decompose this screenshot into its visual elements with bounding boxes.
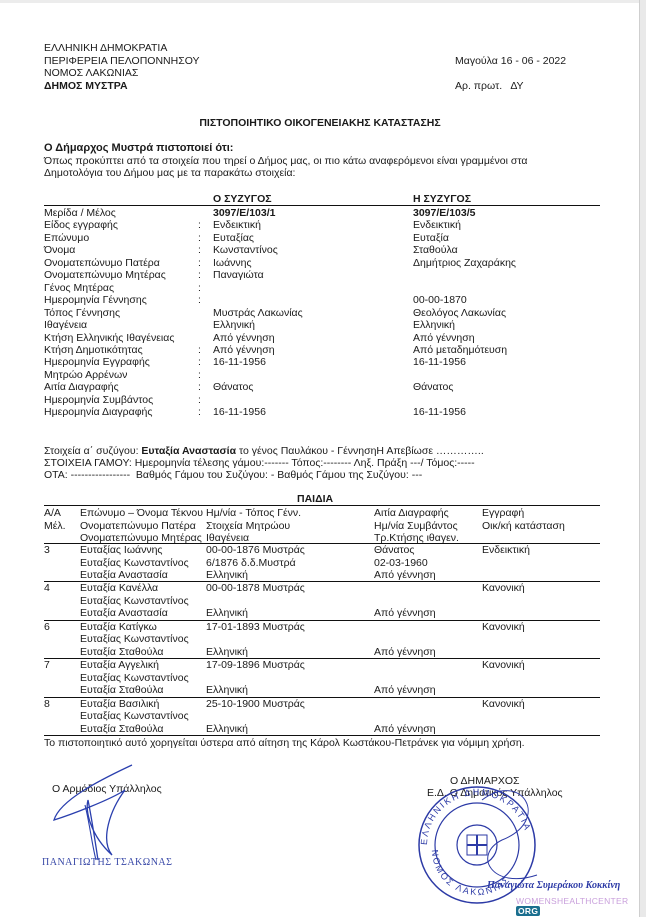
child-registration-status: Κανονική [482, 698, 525, 710]
child-birth-line: 6/1876 δ.δ.Μυστρά [206, 557, 296, 569]
field-colon: : [198, 219, 201, 231]
child-registration-status: Κανονική [482, 582, 525, 594]
field-colon: : [198, 406, 201, 418]
field-colon: : [198, 282, 201, 294]
field-label: Αιτία Διαγραφής [44, 381, 119, 393]
watermark-badge: ORG [516, 906, 540, 916]
first-spouse-suffix: το γένος Παυλάκου - ΓέννησηΗ Απεβίωσε ……… [236, 445, 484, 457]
husband-value: Ενδεικτική [213, 219, 261, 231]
field-colon: : [198, 244, 201, 256]
wife-value: Από γέννηση [413, 332, 475, 344]
viewer-top-edge [0, 0, 646, 3]
wife-value: Θάνατος [413, 381, 453, 393]
field-label: Ημερομηνία Διαγραφής [44, 406, 152, 418]
child-birth-line: 00-00-1876 Μυστράς [206, 544, 305, 556]
child-birth-line: Ελληνική [206, 607, 248, 619]
child-deletion-line: Από γέννηση [374, 646, 436, 658]
row-divider [44, 735, 600, 736]
child-birth-line: Ελληνική [206, 684, 248, 696]
child-name-line: Ευταξίας Κωνσταντίνος [80, 672, 189, 684]
child-member-number: 7 [44, 659, 50, 671]
husband-value: Παναγιώτα [213, 269, 264, 281]
child-name-line: Ευταξίας Κωνσταντίνος [80, 633, 189, 645]
child-member-number: 4 [44, 582, 50, 594]
field-label: Ονοματεπώνυμο Μητέρας [44, 269, 166, 281]
children-column-header: Επώνυμο – Όνομα Τέκνου [80, 507, 203, 519]
first-spouse-name: Ευταξία Αναστασία [141, 445, 236, 457]
child-registration-status: Κανονική [482, 659, 525, 671]
footer-note: Το πιστοποιητικό αυτό χορηγείται ύστερα … [44, 737, 525, 749]
field-label: Ιθαγένεια [44, 319, 87, 331]
child-birth-line: Ελληνική [206, 569, 248, 581]
husband-value: 16-11-1956 [213, 356, 266, 368]
marriage-details: ΣΤΟΙΧΕΙΑ ΓΑΜΟΥ: Ημερομηνία τέλεσης γάμου… [44, 457, 475, 469]
field-label: Μητρώο Αρρένων [44, 369, 127, 381]
field-label: Μερίδα / Μέλος [44, 207, 116, 219]
right-signatory-name: Παναγιώτα Συμεράκου Κοκκίνη [487, 880, 620, 891]
left-signature-scribble [40, 760, 180, 870]
field-label: Επώνυμο [44, 232, 89, 244]
issuer-line: ΕΛΛΗΝΙΚΗ ΔΗΜΟΚΡΑΤΙΑ [44, 42, 200, 55]
husband-value: Κωνσταντίνος [213, 244, 278, 256]
document-title: ΠΙΣΤΟΠΟΙΗΤΙΚΟ ΟΙΚΟΓΕΝΕΙΑΚΗΣ ΚΑΤΑΣΤΑΣΗΣ [0, 117, 640, 129]
husband-value: Μυστράς Λακωνίας [213, 307, 303, 319]
child-name-line: Ευταξία Αναστασία [80, 607, 168, 619]
child-birth-line: Ελληνική [206, 723, 248, 735]
child-member-number: 8 [44, 698, 50, 710]
child-name-line: Ευταξία Αγγελική [80, 659, 159, 671]
field-label: Τόπος Γέννησης [44, 307, 120, 319]
left-signatory-name: ΠΑΝΑΓΙΩΤΗΣ ΤΣΑΚΩΝΑΣ [42, 857, 172, 868]
wife-value: Δημήτριος Ζαχαράκης [413, 257, 516, 269]
ota-details: ΟΤΑ: ----------------- Βαθμός Γάμου του … [44, 469, 422, 481]
child-registration-status: Ενδεικτική [482, 544, 530, 556]
child-name-line: Ευταξία Κατίγκω [80, 621, 157, 633]
husband-value: Από γέννηση [213, 332, 275, 344]
child-name-line: Ευταξίας Κωνσταντίνος [80, 595, 189, 607]
issuer-line: ΝΟΜΟΣ ΛΑΚΩΝΙΑΣ [44, 67, 200, 80]
children-column-header: Εγγραφή [482, 507, 524, 519]
husband-value: 16-11-1956 [213, 406, 266, 418]
child-deletion-line: Από γέννηση [374, 607, 436, 619]
child-name-line: Ευταξία Σταθούλα [80, 723, 163, 735]
issuer-municipality: ΔΗΜΟΣ ΜΥΣΤΡΑ [44, 80, 200, 93]
child-name-line: Ευταξία Βασιλική [80, 698, 159, 710]
child-name-line: Ευταξίας Ιωάννης [80, 544, 162, 556]
child-name-line: Ευταξίας Κωνσταντίνος [80, 557, 189, 569]
scrollbar[interactable] [639, 0, 646, 917]
wife-value: Ενδεικτική [413, 219, 461, 231]
child-birth-line: 25-10-1900 Μυστράς [206, 698, 305, 710]
child-member-number: 3 [44, 544, 50, 556]
child-deletion-line: Από γέννηση [374, 569, 436, 581]
child-name-line: Ευταξίας Κωνσταντίνος [80, 710, 189, 722]
child-member-number: 6 [44, 621, 50, 633]
husband-value: Ελληνική [213, 319, 255, 331]
field-label: Ημερομηνία Εγγραφής [44, 356, 150, 368]
field-label: Κτήση Δημοτικότητας [44, 344, 143, 356]
issuer-line: ΠΕΡΙΦΕΡΕΙΑ ΠΕΛΟΠΟΝΝΗΣΟΥ [44, 55, 200, 68]
field-label: Ημερομηνία Συμβάντος [44, 394, 153, 406]
husband-header: Ο ΣΥΖΥΓΟΣ [213, 193, 272, 205]
child-birth-line: Ελληνική [206, 646, 248, 658]
field-colon: : [198, 344, 201, 356]
field-label: Ημερομηνία Γέννησης [44, 294, 147, 306]
watermark: WOMENSHEALTHCENTER ORG [516, 896, 640, 916]
children-column-header: Α/Α [44, 507, 61, 519]
field-colon: : [198, 294, 201, 306]
child-birth-line: 17-01-1893 Μυστράς [206, 621, 305, 633]
field-colon: : [198, 369, 201, 381]
issuer-block: ΕΛΛΗΝΙΚΗ ΔΗΜΟΚΡΑΤΙΑ ΠΕΡΙΦΕΡΕΙΑ ΠΕΛΟΠΟΝΝΗ… [44, 42, 200, 92]
child-name-line: Ευταξία Κανέλλα [80, 582, 158, 594]
intro-line-1: Όπως προκύπτει από τα στοιχεία που τηρεί… [44, 155, 527, 167]
children-top-rule [44, 505, 600, 506]
children-column-header: Στοιχεία Μητρώου [206, 520, 290, 532]
wife-value: 16-11-1956 [413, 356, 466, 368]
field-label: Όνομα [44, 244, 75, 256]
child-registration-status: Κανονική [482, 621, 525, 633]
child-name-line: Ευταξία Σταθούλα [80, 646, 163, 658]
protocol-number: Αρ. πρωτ. ΔΥ [455, 80, 524, 92]
husband-value: Ιωάννης [213, 257, 252, 269]
first-spouse-prefix: Στοιχεία α΄ συζύγου: [44, 445, 141, 457]
wife-value: Ευταξία [413, 232, 449, 244]
child-name-line: Ευταξία Αναστασία [80, 569, 168, 581]
place-date: Μαγούλα 16 - 06 - 2022 [455, 55, 566, 67]
field-label: Ονοματεπώνυμο Πατέρα [44, 257, 160, 269]
wife-header: Η ΣΥΖΥΓΟΣ [413, 193, 471, 205]
field-label: Κτήση Ελληνικής Ιθαγένειας [44, 332, 174, 344]
wife-value: 00-00-1870 [413, 294, 467, 306]
first-spouse-note: Στοιχεία α΄ συζύγου: Ευταξία Αναστασία τ… [44, 445, 484, 457]
document-page: ΕΛΛΗΝΙΚΗ ΔΗΜΟΚΡΑΤΙΑ ΠΕΡΙΦΕΡΕΙΑ ΠΕΛΟΠΟΝΝΗ… [0, 0, 640, 917]
child-deletion-line: 02-03-1960 [374, 557, 428, 569]
children-column-header: Ημ/νία Συμβάντος [374, 520, 458, 532]
intro-heading: Ο Δήμαρχος Μυστρά πιστοποιεί ότι: [44, 142, 233, 154]
children-title: ΠΑΙΔΙΑ [297, 493, 333, 505]
children-column-header: Ονοματεπώνυμο Πατέρα [80, 520, 196, 532]
child-deletion-line: Από γέννηση [374, 684, 436, 696]
husband-value: Θάνατος [213, 381, 253, 393]
intro-line-2: Δημοτολόγια του Δήμου μας με τα παρακάτω… [44, 167, 295, 179]
husband-value: Από γέννηση [213, 344, 275, 356]
watermark-text: WOMENSHEALTHCENTER [516, 896, 628, 906]
field-label: Γένος Μητέρας [44, 282, 114, 294]
field-colon: : [198, 232, 201, 244]
field-colon: : [198, 269, 201, 281]
field-label: Είδος εγγραφής [44, 219, 118, 231]
wife-value: Θεολόγος Λακωνίας [413, 307, 506, 319]
children-column-header: Μέλ. [44, 520, 66, 532]
wife-value: Ελληνική [413, 319, 455, 331]
child-birth-line: 17-09-1896 Μυστράς [206, 659, 305, 671]
field-colon: : [198, 394, 201, 406]
wife-value: Σταθούλα [413, 244, 458, 256]
wife-value: 3097/Ε/103/5 [413, 207, 475, 219]
spouses-header-rule [44, 205, 600, 206]
child-name-line: Ευταξία Σταθούλα [80, 684, 163, 696]
field-colon: : [198, 257, 201, 269]
child-deletion-line: Από γέννηση [374, 723, 436, 735]
field-colon: : [198, 381, 201, 393]
children-column-header: Αιτία Διαγραφής [374, 507, 449, 519]
field-colon: : [198, 356, 201, 368]
wife-value: Από μεταδημότευση [413, 344, 507, 356]
husband-value: Ευταξίας [213, 232, 254, 244]
husband-value: 3097/Ε/103/1 [213, 207, 275, 219]
wife-value: 16-11-1956 [413, 406, 466, 418]
child-deletion-line: Θάνατος [374, 544, 414, 556]
child-birth-line: 00-00-1878 Μυστράς [206, 582, 305, 594]
children-column-header: Οικ/κή κατάσταση [482, 520, 565, 532]
children-column-header: Ημ/νία - Τόπος Γένν. [206, 507, 301, 519]
